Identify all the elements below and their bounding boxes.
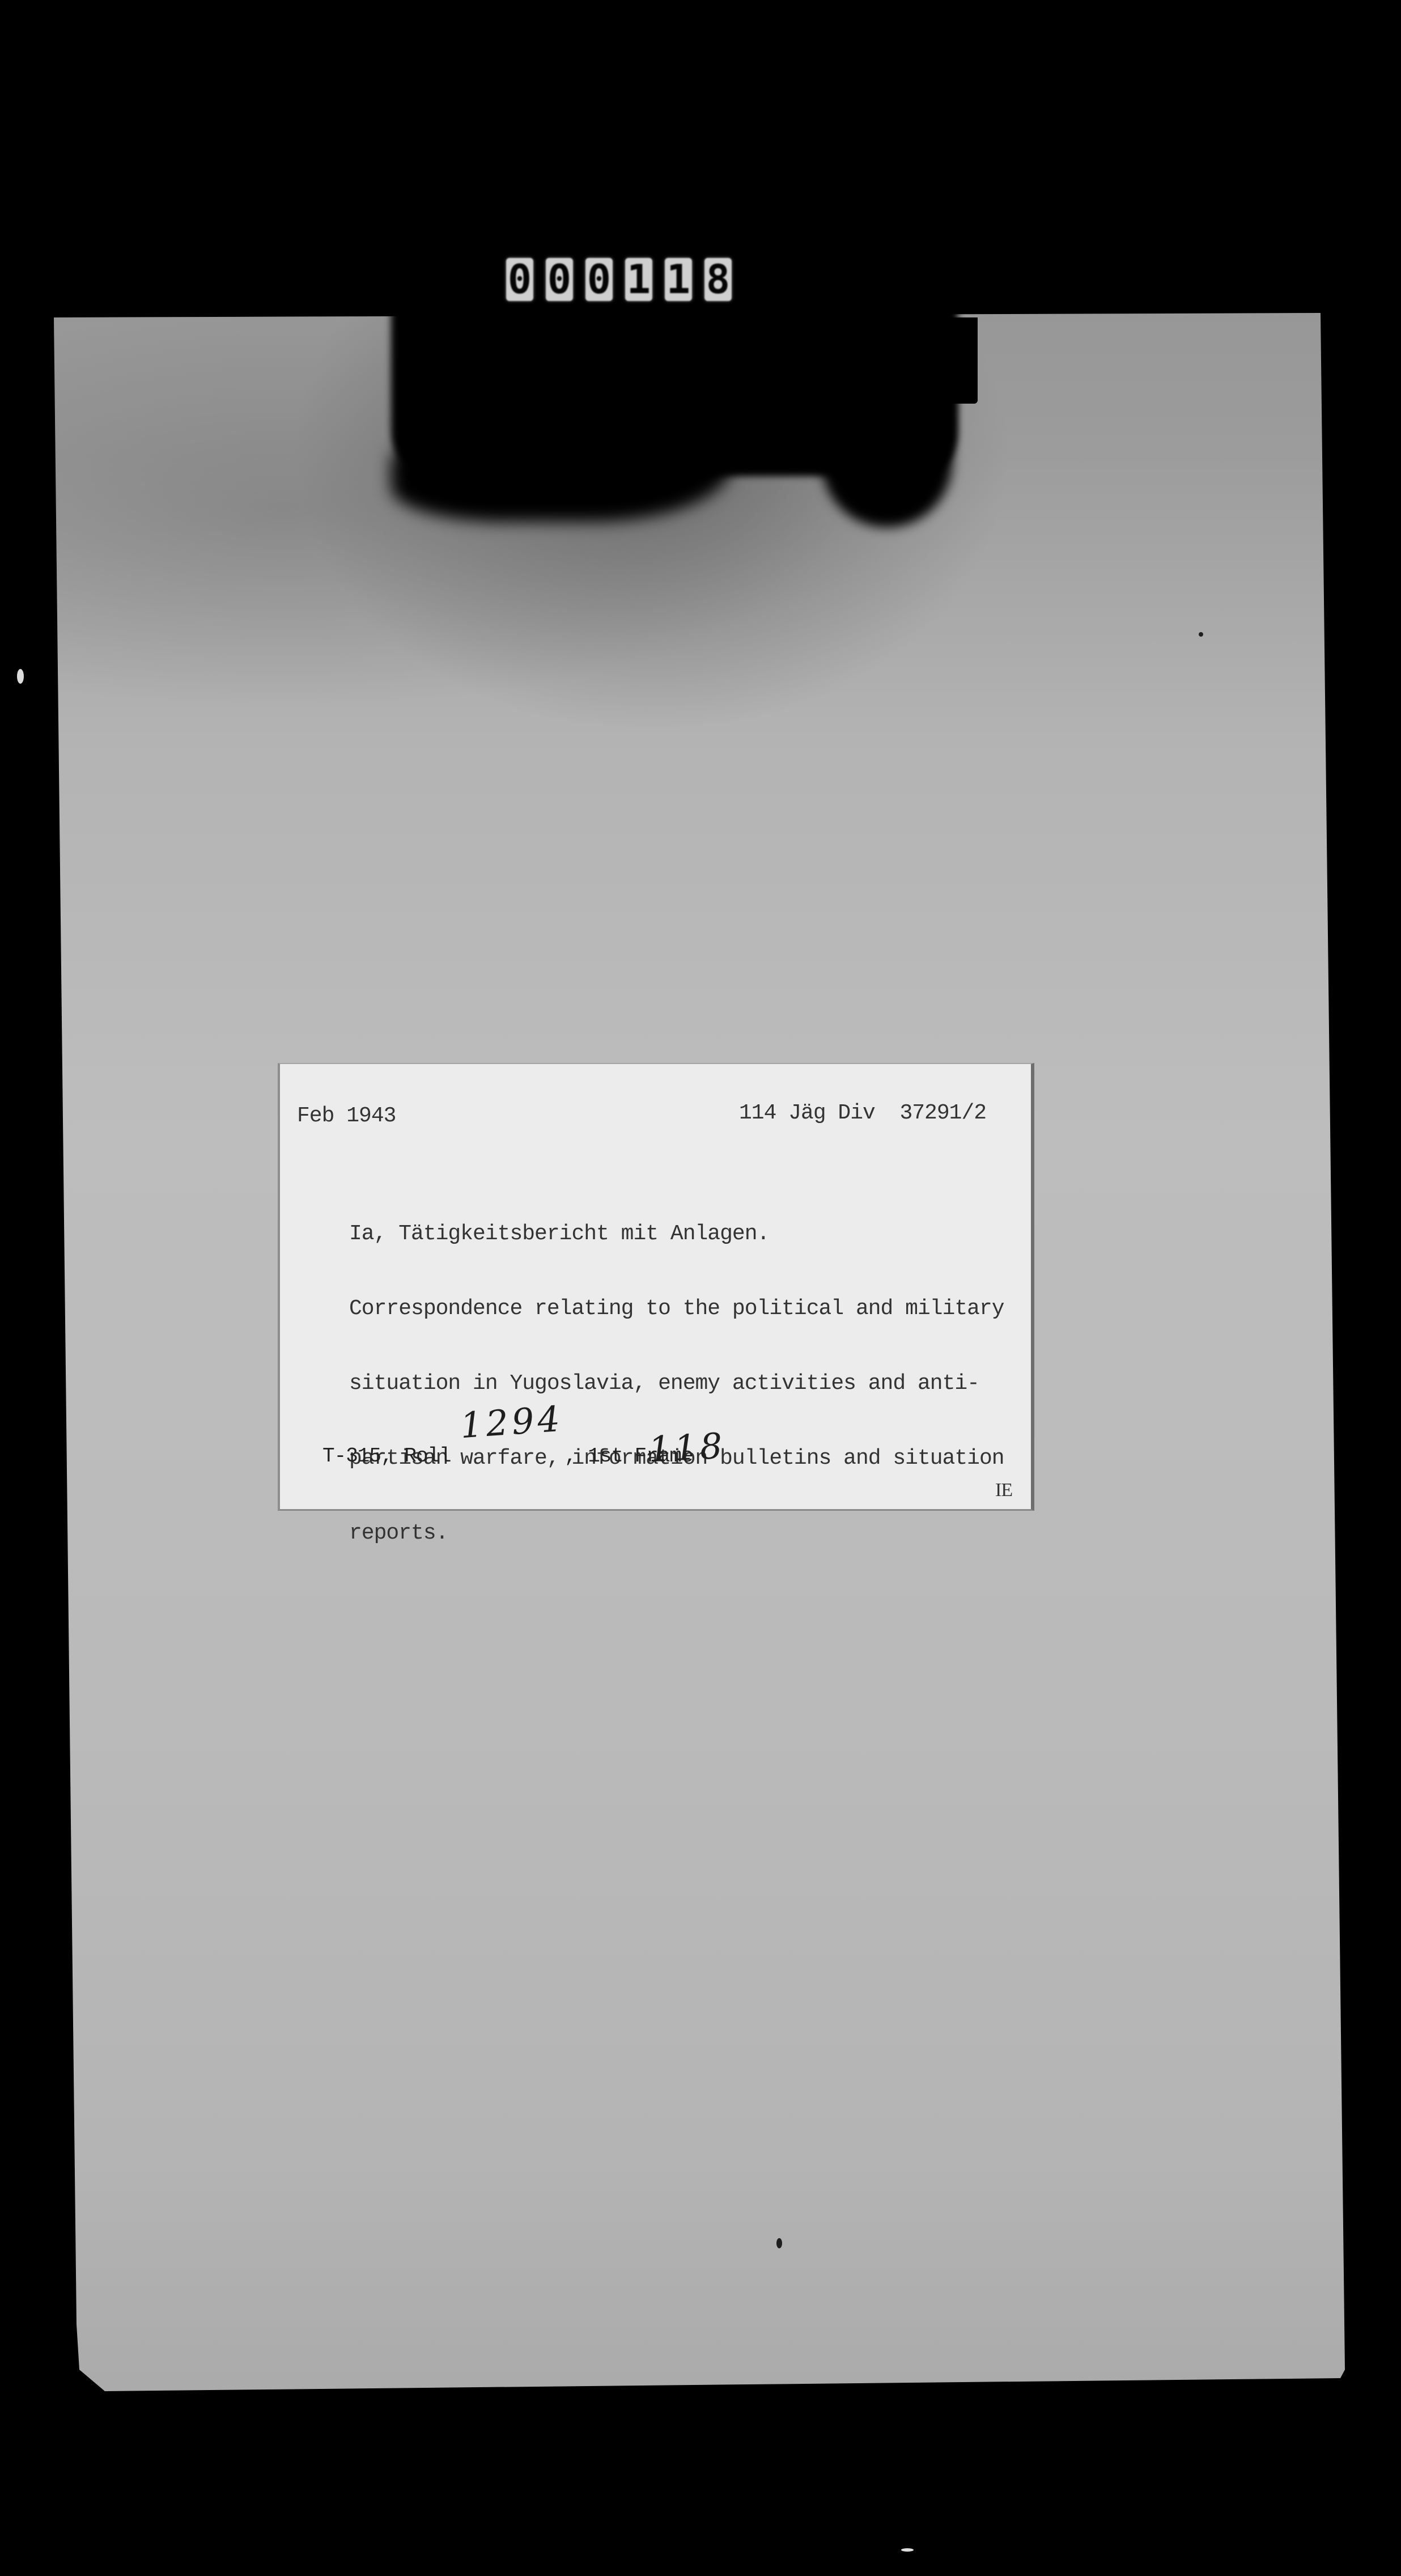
paper-speck — [1199, 632, 1203, 637]
card-description-line: Ia, Tätigkeitsbericht mit Anlagen. — [349, 1222, 1004, 1247]
card-code: IE — [995, 1478, 1012, 1503]
frame-counter-digit: 1 — [665, 258, 692, 301]
card-description: Ia, Tätigkeitsbericht mit Anlagen. Corre… — [349, 1172, 1004, 1596]
card-description-line: Correspondence relating to the political… — [349, 1297, 1004, 1321]
card-description-line: situation in Yugoslavia, enemy activitie… — [349, 1371, 1004, 1396]
card-file-number: 37291/2 — [899, 1101, 986, 1125]
film-speck — [17, 669, 24, 684]
frame-counter-digit: 0 — [546, 258, 573, 301]
card-series-roll-label: T-315, Roll — [322, 1444, 451, 1469]
card-unit-header: 114 Jäg Div 37291/2 — [739, 1101, 986, 1126]
card-description-line: reports. — [349, 1521, 1004, 1546]
index-card: Feb 1943 114 Jäg Div 37291/2 Ia, Tätigke… — [278, 1063, 1034, 1511]
film-speck — [901, 2548, 914, 2552]
handwritten-roll-number: 1294 — [459, 1398, 564, 1447]
frame-counter: 0 0 0 1 1 8 — [506, 258, 732, 301]
card-unit: 114 Jäg Div — [739, 1101, 875, 1125]
frame-counter-digit: 8 — [704, 258, 732, 301]
microfilm-frame: 0 0 0 1 1 8 Feb 1943 114 Jäg Div 37291/2… — [0, 0, 1401, 2576]
handwritten-first-frame: 118 — [647, 1425, 727, 1470]
card-date: Feb 1943 — [297, 1104, 396, 1129]
frame-counter-digit: 0 — [506, 258, 533, 301]
paper-speck — [776, 2238, 782, 2248]
frame-counter-digit: 0 — [585, 258, 613, 301]
document-clip-tab — [924, 317, 978, 404]
frame-counter-digit: 1 — [625, 258, 652, 301]
